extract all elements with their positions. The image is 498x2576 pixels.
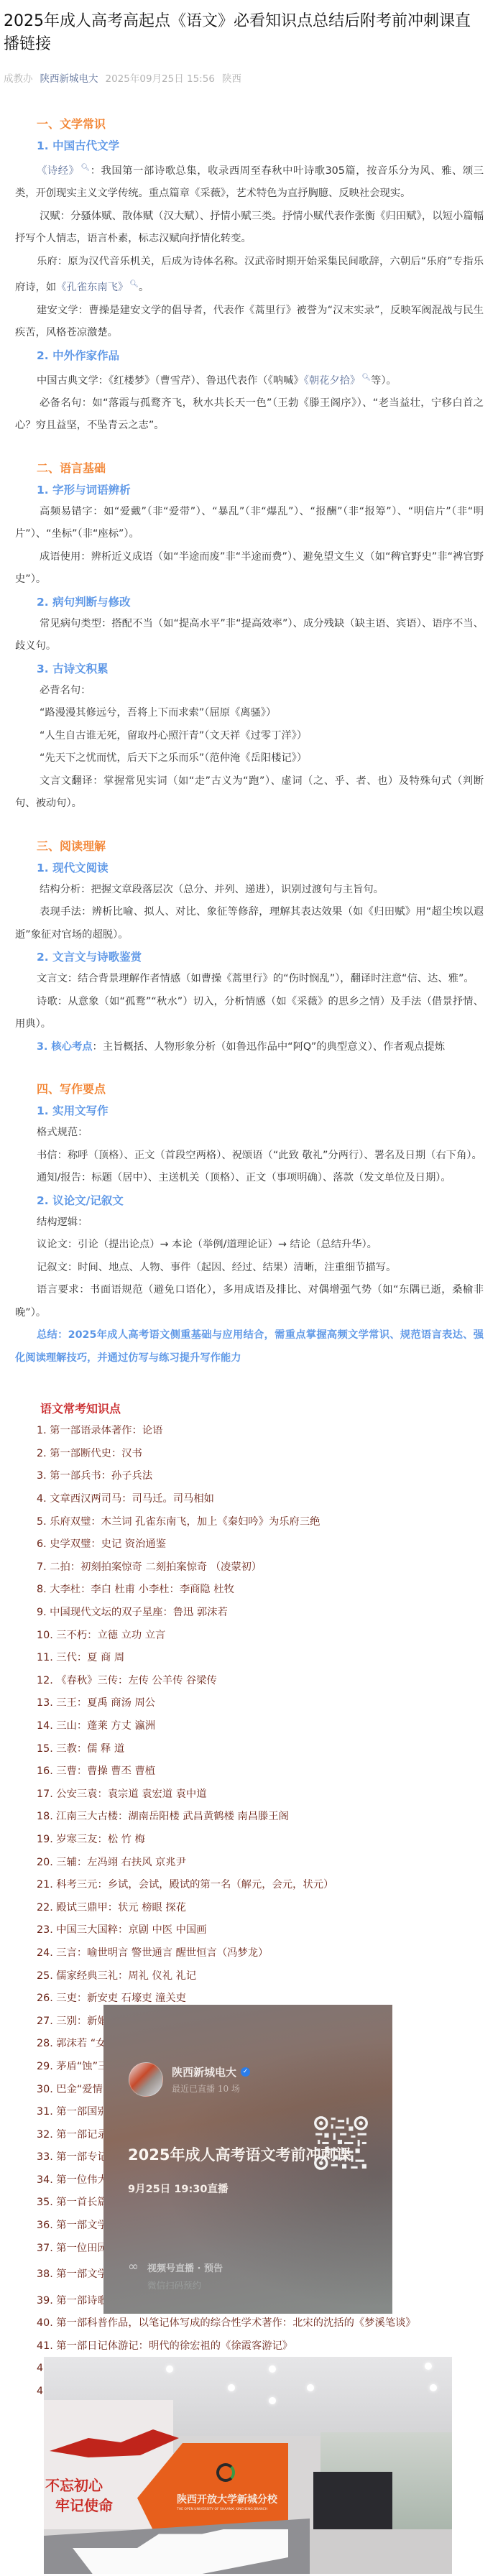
list-item: 4. 文章西汉两司马：司马迁。司马相如	[37, 1488, 484, 1511]
photo-sign-en: THE OPEN UNIVERSITY OF SHAANXI XINCHENG …	[177, 2508, 267, 2511]
list-item: 13. 三王：夏禹 商汤 周公	[37, 1692, 484, 1715]
photo-floor	[303, 2529, 452, 2574]
spacer	[15, 438, 484, 458]
paragraph: 结构逻辑：	[15, 1211, 484, 1234]
quote-line: “人生自古谁无死，留取丹心照汗青”（文天祥《过零丁洋》）	[15, 725, 484, 748]
search-icon[interactable]: 🔍︎	[80, 164, 90, 172]
search-icon[interactable]: 🔍︎	[361, 374, 371, 382]
scan-hint: 微信扫码预约	[147, 2279, 223, 2291]
list-item: 5. 乐府双璧：木兰词 孔雀东南飞，加上《秦妇吟》为乐府三绝	[37, 1511, 484, 1534]
paragraph: 格式规范：	[15, 1122, 484, 1145]
paragraph: 中国古典文学：《红楼梦》（曹雪芹）、鲁迅代表作（《呐喊》《朝花夕拾》🔍︎等）。	[15, 366, 484, 392]
keyword-link-kongque[interactable]: 《孔雀东南飞》	[56, 282, 128, 293]
spacer	[15, 816, 484, 836]
list-item: 23. 中国三大国粹：京剧 中医 中国画	[37, 1919, 484, 1942]
ceiling-light	[228, 2384, 235, 2391]
knowledge-list-title: 语文常考知识点	[15, 1398, 484, 1420]
list-item: 18. 江南三大古楼：湖南岳阳楼 武昌黄鹤楼 南昌滕王阁	[37, 1806, 484, 1829]
live-schedule: 9月25日 19:30直播	[128, 2181, 228, 2196]
paragraph: 必背名句：	[15, 680, 484, 703]
paragraph: 语言要求：书面语规范（避免口语化），多用成语及排比、对偶增强气势（如“东隅已逝，…	[15, 1279, 484, 1324]
list-item: 12. 《春秋》三传：左传 公羊传 谷梁传	[37, 1670, 484, 1693]
photo-slogan: 不忘初心 牢记使命	[45, 2475, 113, 2516]
list-item: 3. 第一部兵书：孙子兵法	[37, 1465, 484, 1488]
paragraph: 诗歌：从意象（如“孤鹜”“秋水”）切入，分析情感（如《采薇》的思乡之情）及手法（…	[15, 991, 484, 1036]
paragraph: 通知/报告：标题（居中）、主送机关（顶格）、正文（事项明确）、落款（发文单位及日…	[15, 1167, 484, 1190]
keyword-link-shijing[interactable]: 《诗经》	[37, 165, 79, 177]
list-item: 41. 第一部日记体游记：明代的徐宏祖的《徐霞客游记》	[37, 2335, 484, 2358]
spacer	[15, 1370, 484, 1398]
ceiling-light	[430, 2384, 437, 2391]
list-item: 10. 三不朽：立德 立功 立言	[37, 1625, 484, 1648]
list-item: 11. 三代：夏 商 周	[37, 1647, 484, 1670]
list-item: 9. 中国现代文坛的双子星座：鲁迅 郭沫若	[37, 1602, 484, 1625]
photo-tv-screen	[313, 2472, 392, 2529]
paragraph: 必备名句：如“落霞与孤鹜齐飞，秋水共长天一色”（王勃《滕王阁序》）、“老当益壮，…	[15, 392, 484, 438]
ceiling-light	[425, 2363, 432, 2370]
list-item: 8. 大李杜：李白 杜甫 小李杜：李商隐 杜牧	[37, 1579, 484, 1602]
paragraph: 结构分析：把握文章段落层次（总分、并列、递进），识别过渡句与主旨句。	[15, 879, 484, 902]
paragraph: 表现手法：辨析比喻、拟人、对比、象征等修辞，理解其表达效果（如《归田赋》用“超尘…	[15, 901, 484, 946]
live-preview-card[interactable]: 陕西新城电大 ✓ 最近已直播 10 场 2025年成人高考语文考前冲刺课 9月2…	[103, 2005, 392, 2314]
list-item: 19. 岁寒三友：松 竹 梅	[37, 1829, 484, 1852]
live-account-header: 陕西新城电大 ✓ 最近已直播 10 场	[129, 2062, 250, 2097]
meta-datetime: 2025年09月25日 15:56	[106, 70, 215, 85]
paragraph: 记叙文：时间、地点、人物、事件（起因、经过、结果）清晰，注重细节描写。	[15, 1257, 484, 1280]
list-item: 40. 第一部科普作品，以笔记体写成的综合性学术著作：北宋的沈括的《梦溪笔谈》	[37, 2312, 484, 2335]
paragraph: 常见病句类型：搭配不当（如“提高水平”非“提高效率”）、成分残缺（缺主语、宾语）…	[15, 613, 484, 658]
list-item: 16. 三曹：曹操 曹丕 曹植	[37, 1760, 484, 1783]
paragraph: 成语使用：辨析近义成语（如“半途而废”非“半途而费”）、避免望文生义（如“稗官野…	[15, 546, 484, 591]
subheading-ancient-literature: 1. 中国古代文学	[15, 135, 484, 157]
ceiling-light	[269, 2365, 276, 2373]
list-item: 15. 三教：儒 释 道	[37, 1738, 484, 1761]
list-item: 6. 史学双璧：史记 资治通鉴	[37, 1533, 484, 1556]
ceiling-light	[307, 2384, 314, 2391]
paragraph: 书信：称呼（顶格）、正文（首段空两格）、祝颂语（“此致 敬礼”分两行）、署名及日…	[15, 1145, 484, 1168]
ceiling-light	[166, 2365, 173, 2373]
live-footer: ∞ 视频号直播 · 预告 微信扫码预约	[128, 2261, 223, 2291]
list-item: 17. 公安三袁：袁宗道 袁宏道 袁中道	[37, 1783, 484, 1806]
article-meta: 成教办 陕西新城电大 2025年09月25日 15:56 陕西	[4, 70, 484, 85]
summary-paragraph: 总结：2025年成人高考语文侧重基础与应用结合，需重点掌握高频文学常识、规范语言…	[15, 1324, 484, 1370]
platform-label: 视频号直播 · 预告	[147, 2261, 223, 2274]
section-heading-literature: 一、文学常识	[15, 114, 484, 135]
qr-code-icon[interactable]	[313, 2115, 369, 2171]
list-item: 22. 殿试三鼎甲：状元 榜眼 探花	[37, 1897, 484, 1920]
avatar	[129, 2062, 163, 2097]
core-points-label: 3. 核心考点	[37, 1041, 93, 1053]
ceiling-light	[269, 2397, 276, 2404]
spacer	[15, 1058, 484, 1079]
list-item: 1. 第一部语录体著作：论语	[37, 1420, 484, 1443]
recent-lives-count: 最近已直播 10 场	[172, 2082, 250, 2095]
meta-account-link[interactable]: 陕西新城电大	[40, 70, 98, 85]
list-item: 24. 三言：喻世明言 警世通言 醒世恒言（冯梦龙）	[37, 1942, 484, 1965]
list-item: 20. 三辅：左冯翊 右扶风 京兆尹	[37, 1852, 484, 1875]
quote-line: “路漫漫其修远兮，吾将上下而求索”（屈原《离骚》）	[15, 702, 484, 725]
paragraph: 高频易错字：如“爱戴”（非“爱带”）、“暴乱”（非“爆乱”）、“报酬”（非“报筹…	[15, 501, 484, 546]
subheading-essay: 2. 议论文/记叙文	[15, 1190, 484, 1211]
section-heading-language: 二、语言基础	[15, 458, 484, 479]
quote-line: “先天下之忧而忧，后天下之乐而乐”（范仲淹《岳阳楼记》）	[15, 747, 484, 770]
paragraph: 文言文：结合背景理解作者情感（如曹操《蒿里行》的“伤时悯乱”），翻译时注意“信、…	[15, 968, 484, 991]
channels-logo-icon: ∞	[128, 2261, 139, 2291]
photo-sign: 陕西开放大学新城分校	[177, 2492, 277, 2506]
live-account-name: 陕西新城电大 ✓	[172, 2064, 250, 2079]
subheading-sentences: 2. 病句判断与修改	[15, 591, 484, 613]
verified-badge-icon: ✓	[241, 2067, 250, 2077]
subheading-authors-works: 2. 中外作家作品	[15, 345, 484, 366]
section-heading-writing: 四、写作要点	[15, 1079, 484, 1100]
article-title: 2025年成人高考高起点《语文》必看知识点总结后附考前冲刺课直播链接	[4, 0, 484, 56]
paragraph: 议论文：引论（提出论点）→ 本论（举例/道理论证）→ 结论（总结升华）。	[15, 1234, 484, 1257]
list-item: 21. 科考三元：乡试，会试，殿试的第一名（解元，会元，状元）	[37, 1874, 484, 1897]
university-logo-icon	[216, 2463, 235, 2482]
list-item: 7. 二拍：初刻拍案惊奇 二刻拍案惊奇 （凌蒙初）	[37, 1556, 484, 1579]
meta-location: 陕西	[222, 70, 241, 85]
paragraph: 建安文学：曹操是建安文学的倡导者，代表作《蒿里行》被誉为“汉末实录”，反映军阀混…	[15, 300, 484, 345]
paragraph: 汉赋：分骚体赋、散体赋（汉大赋）、抒情小赋三类。抒情小赋代表作张衡《归田赋》，以…	[15, 206, 484, 251]
list-item: 14. 三山：蓬莱 方丈 瀛洲	[37, 1715, 484, 1738]
subheading-characters: 1. 字形与词语辨析	[15, 479, 484, 501]
list-item: 25. 儒家经典三礼：周礼 仪礼 礼记	[37, 1965, 484, 1988]
paragraph: 《诗经》🔍︎：我国第一部诗歌总集，收录西周至春秋中叶诗歌305篇，按音乐分为风、…	[15, 157, 484, 206]
subheading-classical-poetry: 2. 文言文与诗歌鉴赏	[15, 946, 484, 968]
campus-reception-photo: 不忘初心 牢记使命 陕西开放大学新城分校 THE OPEN UNIVERSITY…	[44, 2357, 452, 2574]
paragraph: 乐府：原为汉代音乐机关，后成为诗体名称。汉武帝时期开始采集民间歌辞，六朝后“乐府…	[15, 251, 484, 300]
subheading-classics: 3. 古诗文积累	[15, 658, 484, 680]
paragraph: 3. 核心考点：主旨概括、人物形象分析（如鲁迅作品中“阿Q”的典型意义）、作者观…	[15, 1036, 484, 1059]
subheading-practical-writing: 1. 实用文写作	[15, 1100, 484, 1122]
list-item: 2. 第一部断代史：汉书	[37, 1443, 484, 1466]
section-heading-reading: 三、阅读理解	[15, 836, 484, 857]
subheading-modern-reading: 1. 现代文阅读	[15, 857, 484, 879]
keyword-link-zhaohua[interactable]: 《朝花夕拾》	[304, 374, 361, 386]
meta-author: 成教办	[4, 70, 33, 85]
paragraph: 文言文翻译：掌握常见实词（如“走”古义为“跑”）、虚词（之、乎、者、也）及特殊句…	[15, 770, 484, 816]
search-icon[interactable]: 🔍︎	[129, 280, 139, 288]
